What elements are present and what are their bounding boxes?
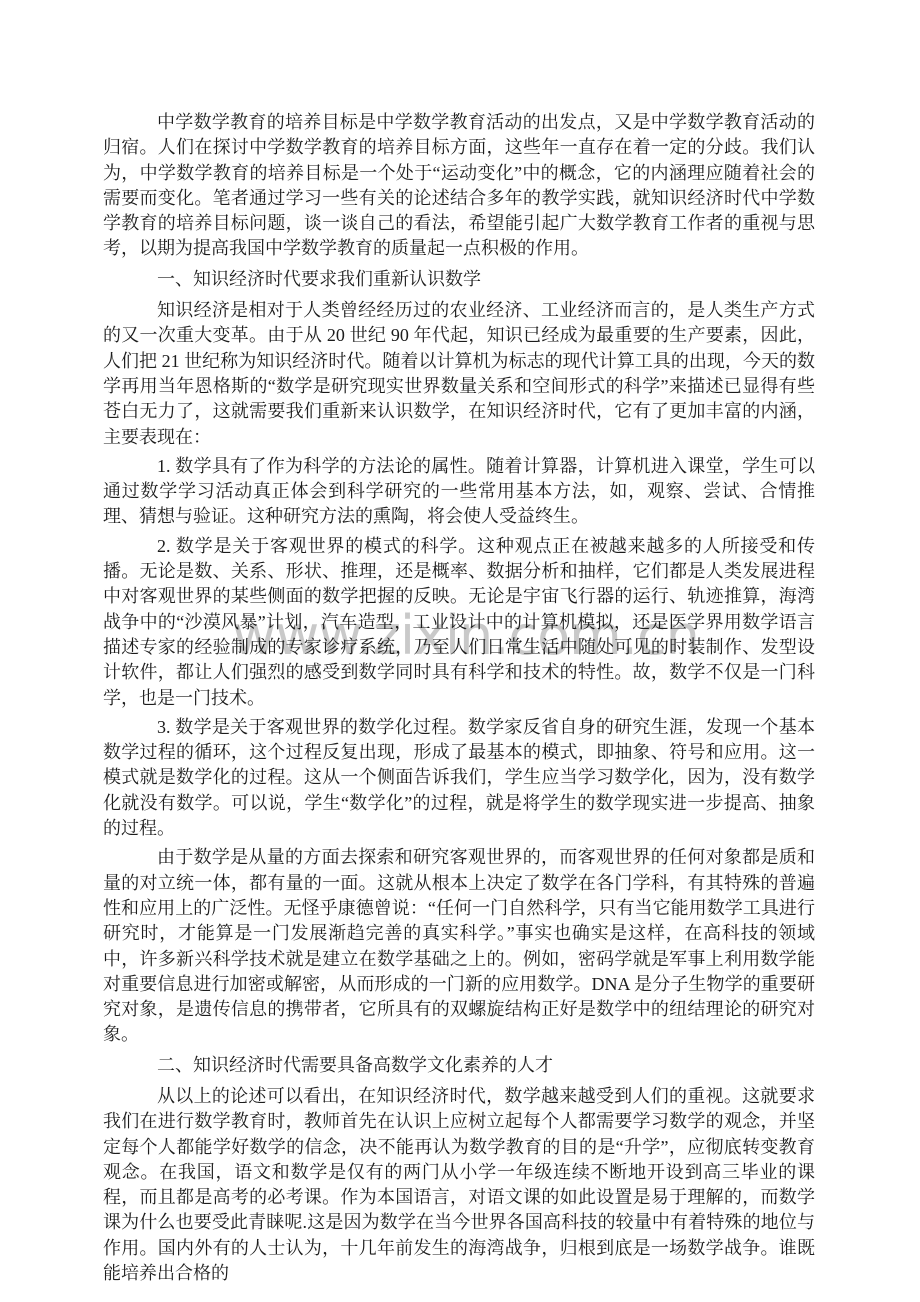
section2-paragraph: 从以上的论述可以看出，在知识经济时代，数学越来越受到人们的重视。这就要求我们在进… bbox=[103, 1084, 815, 1286]
document-body: 中学数学教育的培养目标是中学数学教育活动的出发点，又是中学数学教育活动的归宿。人… bbox=[103, 110, 815, 1290]
section1-closing-paragraph: 由于数学是从量的方面去探索和研究客观世界的，而客观世界的任何对象都是质和量的对立… bbox=[103, 845, 815, 1047]
section1-paragraph: 知识经济是相对于人类曾经经历过的农业经济、工业经济而言的，是人类生产方式的又一次… bbox=[103, 298, 815, 450]
numbered-point-1: 1. 数学具有了作为科学的方法论的属性。随着计算器，计算机进入课堂，学生可以通过… bbox=[103, 454, 815, 530]
intro-paragraph: 中学数学教育的培养目标是中学数学教育活动的出发点，又是中学数学教育活动的归宿。人… bbox=[103, 110, 815, 262]
section-heading-2: 二、知识经济时代需要具备高数学文化素养的人才 bbox=[103, 1053, 815, 1078]
numbered-point-2: 2. 数学是关于客观世界的模式的科学。这种观点正在被越来越多的人所接受和传播。无… bbox=[103, 534, 815, 711]
section-heading-1: 一、知识经济时代要求我们重新认识数学 bbox=[103, 267, 815, 292]
numbered-point-3: 3. 数学是关于客观世界的数学化过程。数学家反省自身的研究生涯，发现一个基本数学… bbox=[103, 715, 815, 841]
document-page: www.zixin.com.cn 中学数学教育的培养目标是中学数学教育活动的出发… bbox=[0, 0, 920, 1302]
